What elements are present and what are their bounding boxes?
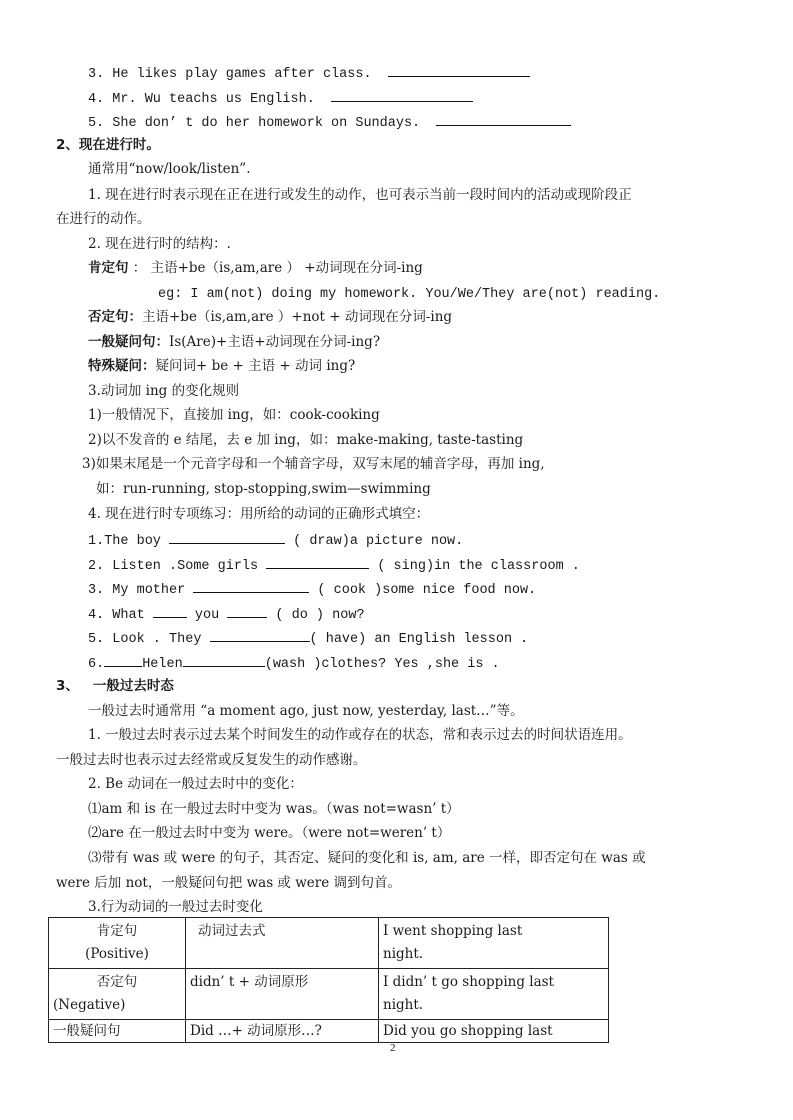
wh-label: 特殊疑问： [88, 358, 156, 374]
section-heading-simple-past: 3、一般过去时态 [56, 677, 174, 695]
heading-number: 3、 [56, 678, 79, 694]
exercise-text: ( have) an English lesson . [310, 632, 529, 647]
exercise-text: 1.The boy [88, 534, 169, 549]
be-rule-3-line2: were 后加 not，一般疑问句把 was 或 were 调到句首。 [56, 874, 401, 892]
fill-exercise-5: 5. Look . They ( have) an English lesson… [88, 629, 528, 649]
exercise-line-3: 3. He likes play games after class. [88, 64, 530, 84]
wh-text: 疑问词+ be + 主语 + 动词 ing? [156, 358, 356, 374]
answer-blank[interactable] [193, 580, 309, 593]
point2: 2. Be 动词在一般过去时中的变化： [88, 775, 303, 793]
table-row: 否定句 (Negative) didn’ t + 动词原形 I didn’ t … [49, 969, 609, 1020]
point2: 2. 现在进行时的结构：. [88, 235, 231, 253]
rule-3: 3)如果末尾是一个元音字母和一个辅音字母，双写末尾的辅音字母，再加 ing, [82, 455, 545, 473]
point1-line2: 一般过去时也表示过去经常或反复发生的动作感谢。 [56, 751, 367, 769]
fill-exercise-1: 1.The boy ( draw)a picture now. [88, 531, 463, 551]
answer-blank[interactable] [153, 605, 187, 618]
exercise-text: 5. Look . They [88, 632, 210, 647]
point1-line1: 1. 一般过去时表示过去某个时间发生的动作或存在的状态，常和表示过去的时间状语连… [88, 726, 632, 744]
exercise-text: 2. Listen .Some girls [88, 559, 266, 574]
page-number: 2 [390, 1042, 396, 1054]
point1-line2: 在进行的动作。 [56, 210, 151, 228]
positive-label: 肯定句 [88, 260, 129, 276]
positive-text: 主语+be（is,am,are ） +动词现在分词-ing [151, 260, 423, 276]
answer-blank[interactable] [388, 64, 530, 77]
section-heading-present-continuous: 2、现在进行时。 [56, 136, 160, 154]
table-cell-type: 否定句 (Negative) [49, 969, 186, 1020]
table-cell-structure: 动词过去式 [186, 918, 379, 969]
answer-blank[interactable] [266, 556, 369, 569]
example-line2: night. [383, 943, 604, 966]
type-cn: 肯定句 [53, 920, 181, 943]
table-row: 一般疑问句 Did …+ 动词原形…? Did you go shopping … [49, 1020, 609, 1043]
exercise-text: 3. My mother [88, 583, 193, 598]
table-cell-structure: Did …+ 动词原形…? [186, 1020, 379, 1043]
exercise-text: ( sing)in the classroom . [369, 559, 580, 574]
structure-text: Did …+ 动词原形…? [190, 1023, 322, 1039]
fill-exercise-2: 2. Listen .Some girls ( sing)in the clas… [88, 556, 580, 576]
point3: 3.动词加 ing 的变化规则 [88, 382, 239, 400]
example-line2: night. [383, 994, 604, 1017]
point1-line1: 1. 现在进行时表示现在正在进行或发生的动作，也可表示当前一段时间内的活动或现阶… [88, 186, 632, 204]
answer-blank[interactable] [210, 629, 310, 642]
rule-2: 2)以不发音的 e 结尾，去 e 加 ing，如：make-making, ta… [88, 431, 523, 449]
yesno-text: Is(Are)+主语+动词现在分词-ing? [169, 334, 380, 350]
example-line1: I didn’ t go shopping last [383, 971, 604, 994]
fill-exercise-4: 4. What you ( do ) now? [88, 605, 365, 625]
exercise-line-5: 5. She don’ t do her homework on Sundays… [88, 113, 571, 133]
yesno-rule: 一般疑问句：Is(Are)+主语+动词现在分词-ing? [88, 333, 380, 351]
type-en: (Positive) [53, 943, 181, 966]
be-rule-2: ⑵are 在一般过去时中变为 were。（were not=weren’ t） [88, 824, 450, 842]
usage-text: 一般过去时通常用 “a moment ago, just now, yester… [88, 702, 524, 720]
table-cell-structure: didn’ t + 动词原形 [186, 969, 379, 1020]
exercise-text: (wash )clothes? Yes ,she is . [265, 657, 500, 672]
answer-blank[interactable] [169, 531, 285, 544]
positive-rule: 肯定句 ： 主语+be（is,am,are ） +动词现在分词-ing [88, 259, 423, 277]
exercise-text: 4. What [88, 608, 153, 623]
negative-text: 主语+be（is,am,are ）+not + 动词现在分词-ing [142, 309, 452, 325]
exercise-text: 3. He likes play games after class. [88, 67, 372, 82]
table-cell-example: I didn’ t go shopping last night. [379, 969, 609, 1020]
exercise-text: ( do ) now? [267, 608, 364, 623]
table-cell-type: 肯定句 (Positive) [49, 918, 186, 969]
structure-text: didn’ t + 动词原形 [190, 974, 308, 990]
type-cn: 一般疑问句 [53, 1023, 121, 1039]
exercise-text: 4. Mr. Wu teachs us English. [88, 92, 315, 107]
type-en: (Negative) [53, 994, 181, 1017]
fill-exercise-6: 6.Helen(wash )clothes? Yes ,she is . [88, 654, 500, 674]
fill-exercise-3: 3. My mother ( cook )some nice food now. [88, 580, 536, 600]
table-cell-type: 一般疑问句 [49, 1020, 186, 1043]
answer-blank[interactable] [104, 654, 142, 667]
answer-blank[interactable] [331, 89, 473, 102]
negative-rule: 否定句：主语+be（is,am,are ）+not + 动词现在分词-ing [88, 308, 452, 326]
past-tense-table: 肯定句 (Positive) 动词过去式 I went shopping las… [48, 917, 609, 1043]
yesno-label: 一般疑问句： [88, 334, 169, 350]
answer-blank[interactable] [183, 654, 265, 667]
separator: ： [129, 260, 151, 276]
point3: 3.行为动词的一般过去时变化 [88, 898, 263, 916]
point4: 4. 现在进行时专项练习：用所给的动词的正确形式填空： [88, 505, 429, 523]
rule-3-examples: 如：run-running, stop-stopping,swim—swimmi… [96, 480, 431, 498]
table-row: 肯定句 (Positive) 动词过去式 I went shopping las… [49, 918, 609, 969]
table-cell-example: Did you go shopping last [379, 1020, 609, 1043]
be-rule-1: ⑴am 和 is 在一般过去时中变为 was。（was not=wasn’ t） [88, 800, 460, 818]
example-line: eg: I am(not) doing my homework. You/We/… [158, 286, 660, 304]
table-cell-example: I went shopping last night. [379, 918, 609, 969]
exercise-text: ( draw)a picture now. [285, 534, 463, 549]
structure-text: 动词过去式 [190, 923, 266, 939]
exercise-text: ( cook )some nice food now. [309, 583, 536, 598]
answer-blank[interactable] [436, 113, 571, 126]
exercise-text: 6. [88, 657, 104, 672]
exercise-text: 5. She don’ t do her homework on Sundays… [88, 116, 420, 131]
usage-text: 通常用“now/look/listen”. [88, 160, 251, 178]
type-cn: 否定句 [53, 971, 181, 994]
rule-1: 1)一般情况下，直接加 ing，如：cook-cooking [88, 406, 380, 424]
exercise-text: Helen [142, 657, 183, 672]
be-rule-3-line1: ⑶带有 was 或 were 的句子，其否定、疑问的变化和 is, am, ar… [88, 849, 646, 867]
answer-blank[interactable] [227, 605, 267, 618]
example-line1: I went shopping last [383, 920, 604, 943]
exercise-text: you [187, 608, 228, 623]
negative-label: 否定句： [88, 309, 142, 325]
heading-text: 一般过去时态 [93, 678, 174, 694]
example-line1: Did you go shopping last [383, 1023, 553, 1039]
exercise-line-4: 4. Mr. Wu teachs us English. [88, 89, 473, 109]
wh-rule: 特殊疑问：疑问词+ be + 主语 + 动词 ing? [88, 357, 355, 375]
